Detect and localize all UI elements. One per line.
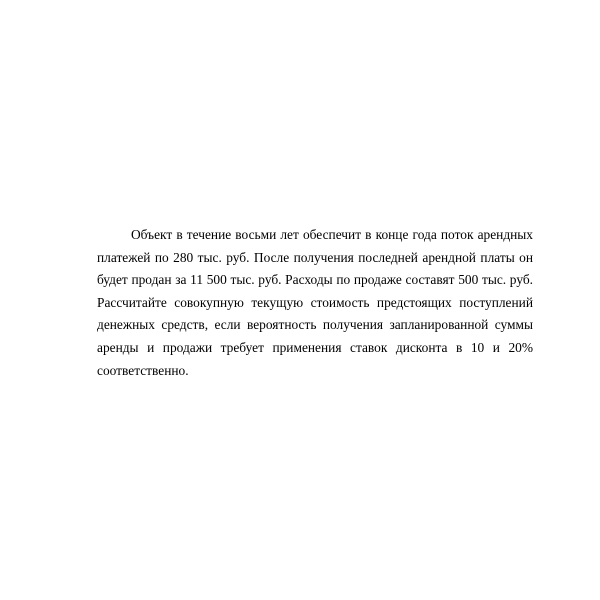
document-page: Объект в течение восьми лет обеспечит в … <box>0 0 600 600</box>
problem-paragraph: Объект в течение восьми лет обеспечит в … <box>97 224 533 382</box>
